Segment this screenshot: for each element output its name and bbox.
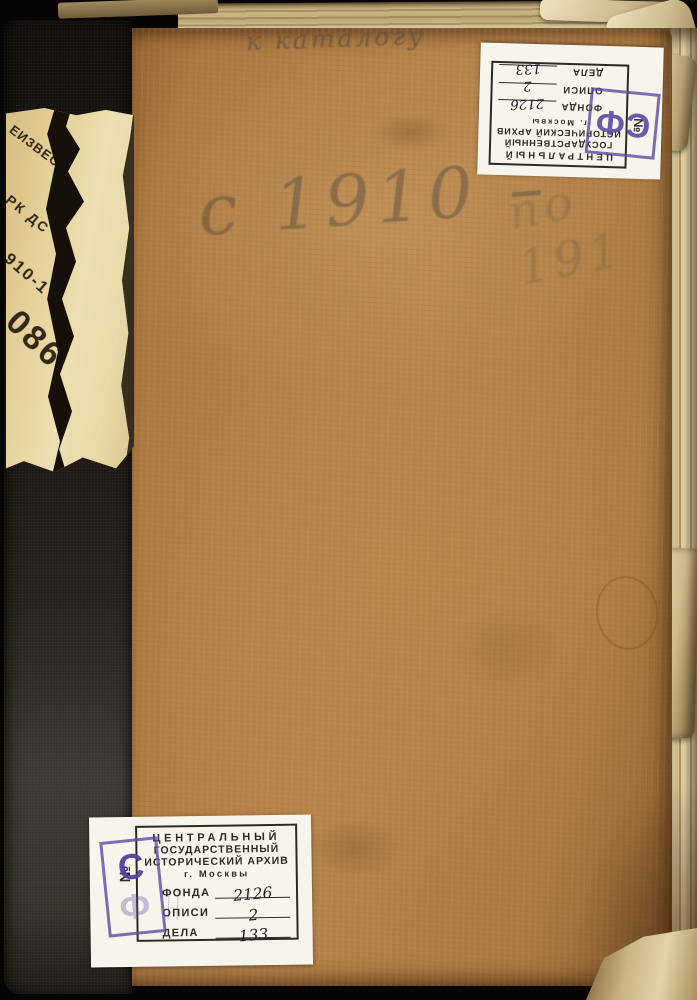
spine-label-text-fragment: 910-1 xyxy=(6,249,53,299)
stamp-rows: ФОНДА 2126 ОПИСИ 2 ДЕЛА 133 xyxy=(498,67,603,120)
microfilm-sf-stamp: СФ xyxy=(99,836,166,937)
stamp-row-value: 133 xyxy=(215,923,290,939)
spine-label-frayed-edge xyxy=(118,108,134,472)
stamp-row-value: 2 xyxy=(498,82,557,97)
archive-label-bottom: ЦЕНТРАЛЬНЫЙ ГОСУДАРСТВЕННЫЙ ИСТОРИЧЕСКИЙ… xyxy=(89,814,313,967)
stamp-row-value: 2126 xyxy=(215,882,290,898)
stamp-org-line3: ИСТОРИЧЕСКИЙ АРХИВ xyxy=(138,856,296,869)
stamp-row-opis: ОПИСИ 2 xyxy=(162,902,290,919)
stamp-row-value: 2126 xyxy=(498,99,557,114)
archive-label-top-upside-down: ЦЕНТРАЛЬНЫЙ ГОСУДАРСТВЕННЫЙ ИСТОРИЧЕСКИЙ… xyxy=(477,42,664,179)
stamp-org-line1: ЦЕНТРАЛЬНЫЙ xyxy=(137,831,295,845)
stamp-rows: ФОНДА 2126 ОПИСИ 2 ДЕЛА 133 xyxy=(162,877,291,935)
stamp-row-delo: ДЕЛА 133 xyxy=(499,64,603,80)
stamp-row-label: ДЕЛА xyxy=(163,927,216,940)
stamp-row-fond: ФОНДА 2126 xyxy=(498,99,602,115)
archival-file-cover-photo: ЕИЗВЕСТ. РК ДС 910-1 086 к каталогу с 19… xyxy=(0,0,697,1000)
stamp-row-delo: ДЕЛА 133 xyxy=(162,923,290,940)
stamp-row-label: ОПИСИ xyxy=(162,907,215,920)
stain xyxy=(424,588,584,708)
stain xyxy=(356,106,466,158)
spine-label-text-fragment: РК ДС xyxy=(6,191,53,236)
stamp-row-value: 2 xyxy=(215,902,290,918)
stamp-row-label: ДЕЛА xyxy=(557,66,603,78)
stamp-org-line2: ГОСУДАРСТВЕННЫЙ xyxy=(137,844,295,857)
stamp-row-label: ФОНДА xyxy=(162,887,215,900)
stain xyxy=(294,808,414,888)
spine-label: ЕИЗВЕСТ. РК ДС 910-1 086 xyxy=(6,108,134,472)
stamp-row-fond: ФОНДА 2126 xyxy=(162,882,290,899)
microfilm-sf-stamp: СФ xyxy=(585,87,661,160)
